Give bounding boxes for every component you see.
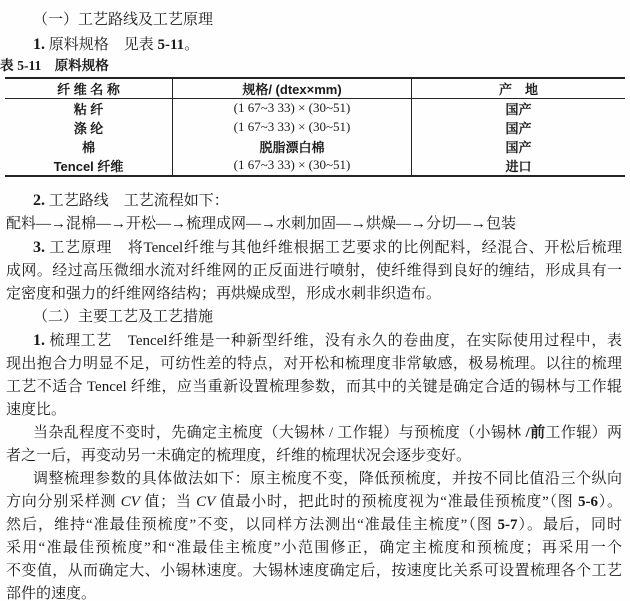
item-number: 2. bbox=[33, 192, 45, 209]
body-text-block: 2. 工艺路线 工艺流程如下：配料—→混棉—→开松—→梳理成网—→水刺加固—→烘… bbox=[6, 189, 622, 601]
table-row-polyester: 涤 纶 (1 67~3 33) × (30~51) 国产 bbox=[5, 118, 625, 137]
text-segment: 当杂乱程度不变时，先确定主梳度（大锡林 / 工作辊）与预梳度（小锡林 bbox=[33, 425, 526, 441]
fiber-name-cell: Tencel 纤维 bbox=[5, 156, 172, 175]
text-segment: 者之一后，再变动另一未确定的梳理度，纤维的梳理状况会逐步变好。 bbox=[6, 448, 471, 464]
text-line: 者之一后，再变动另一未确定的梳理度，纤维的梳理状况会逐步变好。 bbox=[6, 445, 622, 468]
fiber-name-cell: 涤 纶 bbox=[5, 118, 172, 137]
section-1-heading: （一）工艺路线及工艺原理 bbox=[6, 9, 622, 33]
process-flow-line: 配料—→混棉—→开松—→梳理成网—→水刺加固—→烘燥—→分切—→包装 bbox=[6, 213, 622, 236]
document-page: （一）工艺路线及工艺原理1. 原料规格 见表 5-11。 表 5-11 原料规格… bbox=[0, 0, 630, 601]
table-row-cotton: 棉 脱脂漂白棉 国产 bbox=[5, 137, 625, 156]
text-segment: 然后，维持“准最佳预梳度”不变，以同样方法测出“准最佳主梳度”（图 bbox=[6, 517, 498, 533]
text-segment: 表 bbox=[0, 58, 17, 73]
text-line: 当杂乱程度不变时，先确定主梳度（大锡林 / 工作辊）与预梳度（小锡林 /前工作辊… bbox=[6, 422, 622, 445]
table-header-origin: 产 地 bbox=[412, 79, 625, 98]
item-1-carding-process: 1. 梳理工艺 Tencel纤维是一种新型纤维，没有永久的卷曲度，在实际使用过程… bbox=[6, 329, 622, 353]
spec-cell: (1 67~3 33) × (30~51) bbox=[172, 156, 412, 175]
spec-cell: (1 67~3 33) × (30~51) bbox=[172, 118, 412, 137]
table-row-tencel: Tencel 纤维 (1 67~3 33) × (30~51) 进口 bbox=[5, 156, 625, 175]
text-segment: 采用“准最佳预梳度”和“准最佳主梳度”小范围修正，确定主梳度和预梳度；再采用一个 bbox=[6, 540, 622, 556]
text-segment: /前 bbox=[526, 425, 546, 441]
text-line: 速度比。 bbox=[6, 399, 622, 422]
cv-variable: CV bbox=[196, 494, 215, 510]
item-1-raw-material: 1. 原料规格 见表 5-11。 bbox=[6, 33, 622, 58]
origin-cell: 进口 bbox=[412, 156, 625, 175]
fiber-name-cell: 粘 纤 bbox=[5, 99, 172, 118]
text-segment: 原料规格 bbox=[41, 58, 109, 73]
table-header-row: 纤 维 名 称 规格/ (dtex×mm) 产 地 bbox=[5, 79, 625, 99]
table-caption: 表 5-11 原料规格 bbox=[0, 55, 630, 76]
text-line: 采用“准最佳预梳度”和“准最佳主梳度”小范围修正，确定主梳度和预梳度；再采用一个 bbox=[6, 537, 622, 560]
text-segment: （一）工艺路线及工艺原理 bbox=[33, 12, 213, 28]
text-line: 然后，维持“准最佳预梳度”不变，以同样方法测出“准最佳主梳度”（图 5-7）。最… bbox=[6, 514, 622, 537]
item-number: 3. bbox=[33, 239, 45, 256]
text-line: 部件的速度。 bbox=[6, 583, 622, 601]
text-segment: 配料—→混棉—→开松—→梳理成网—→水刺加固—→烘燥—→分切—→包装 bbox=[6, 216, 516, 232]
origin-cell: 国产 bbox=[412, 99, 625, 118]
section-2-heading: （二）主要工艺及工艺措施 bbox=[6, 306, 622, 329]
table-title: 表 5-11 原料规格 bbox=[0, 55, 630, 76]
table-ref-number: 5-11 bbox=[158, 37, 185, 53]
text-segment: 工艺不适合 Tencel 纤维，应当重新设置梳理参数，而其中的关键是确定合适的锡… bbox=[6, 379, 622, 395]
text-segment: ）。最后，同时 bbox=[518, 517, 622, 533]
text-segment: 方向分别采样测 bbox=[6, 494, 121, 510]
text-segment: 工艺原理 将Tencel纤维与其他纤维根据工艺要求的比例配料，经混合、开松后梳理 bbox=[45, 240, 622, 256]
text-segment: 原料规格 见表 bbox=[45, 37, 158, 53]
table-header-fiber-name: 纤 维 名 称 bbox=[5, 79, 172, 98]
text-segment: 调整梳理参数的具体做法如下：原主梳度不变，降低预梳度，并按不同比值沿三个纵向 bbox=[33, 471, 622, 487]
cv-variable: CV bbox=[121, 494, 140, 510]
item-3-process-principle: 3. 工艺原理 将Tencel纤维与其他纤维根据工艺要求的比例配料，经混合、开松… bbox=[6, 236, 622, 260]
text-segment: 工艺路线 工艺流程如下： bbox=[45, 193, 229, 209]
table-row-viscose: 粘 纤 (1 67~3 33) × (30~51) 国产 bbox=[5, 99, 625, 118]
intro-text-block: （一）工艺路线及工艺原理1. 原料规格 见表 5-11。 bbox=[6, 9, 622, 57]
raw-material-spec-table: 纤 维 名 称 规格/ (dtex×mm) 产 地 粘 纤 (1 67~3 33… bbox=[5, 77, 625, 177]
text-segment: 。 bbox=[184, 37, 199, 53]
origin-cell: 国产 bbox=[412, 118, 625, 137]
table-header-spec: 规格/ (dtex×mm) bbox=[172, 79, 412, 98]
text-segment: 部件的速度。 bbox=[6, 586, 96, 601]
text-line: 调整梳理参数的具体做法如下：原主梳度不变，降低预梳度，并按不同比值沿三个纵向 bbox=[6, 468, 622, 491]
text-segment: 工作辊）两 bbox=[546, 425, 622, 441]
text-segment: 梳理工艺 Tencel纤维是一种新型纤维，没有永久的卷曲度，在实际使用过程中，表 bbox=[45, 333, 622, 349]
table-number: 5-11 bbox=[17, 58, 41, 73]
item-number: 1. bbox=[33, 332, 45, 349]
text-line: 成网。经过高压微细水流对纤维网的正反面进行喷射，使纤维得到良好的缠结，形成具有一 bbox=[6, 260, 622, 283]
spec-cell: (1 67~3 33) × (30~51) bbox=[172, 99, 412, 118]
text-segment: 值最小时，把此时的预梳度视为“准最佳预梳度”（图 bbox=[215, 494, 578, 510]
figure-ref-number: 5-7 bbox=[498, 517, 518, 533]
fiber-name-cell: 棉 bbox=[5, 137, 172, 156]
text-line: 方向分别采样测 CV 值；当 CV 值最小时，把此时的预梳度视为“准最佳预梳度”… bbox=[6, 491, 622, 514]
text-segment: 成网。经过高压微细水流对纤维网的正反面进行喷射，使纤维得到良好的缠结，形成具有一 bbox=[6, 263, 622, 279]
text-segment: 不变值，从而确定大、小锡林速度。大锡林速度确定后，按速度比关系可设置梳理各个工艺 bbox=[6, 563, 622, 579]
text-segment: ）。 bbox=[598, 494, 622, 510]
text-segment: 值；当 bbox=[140, 494, 196, 510]
text-line: 现出抱合力明显不足，可纺性差的特点，对开松和梳理度非常敏感，极易梳理。以往的梳理 bbox=[6, 353, 622, 376]
item-number: 1. bbox=[33, 36, 45, 53]
origin-cell: 国产 bbox=[412, 137, 625, 156]
item-2-process-route: 2. 工艺路线 工艺流程如下： bbox=[6, 189, 622, 213]
text-segment: （二）主要工艺及工艺措施 bbox=[33, 309, 213, 325]
text-segment: 定密度和强力的纤维网络结构；再烘燥成型，形成水刺非织造布。 bbox=[6, 286, 441, 302]
text-segment: 速度比。 bbox=[6, 402, 66, 418]
text-segment: 现出抱合力明显不足，可纺性差的特点，对开松和梳理度非常敏感，极易梳理。以往的梳理 bbox=[6, 356, 622, 372]
text-line: 工艺不适合 Tencel 纤维，应当重新设置梳理参数，而其中的关键是确定合适的锡… bbox=[6, 376, 622, 399]
text-line: 不变值，从而确定大、小锡林速度。大锡林速度确定后，按速度比关系可设置梳理各个工艺 bbox=[6, 560, 622, 583]
spec-cell: 脱脂漂白棉 bbox=[172, 137, 412, 156]
text-line: 定密度和强力的纤维网络结构；再烘燥成型，形成水刺非织造布。 bbox=[6, 283, 622, 306]
figure-ref-number: 5-6 bbox=[578, 494, 598, 510]
